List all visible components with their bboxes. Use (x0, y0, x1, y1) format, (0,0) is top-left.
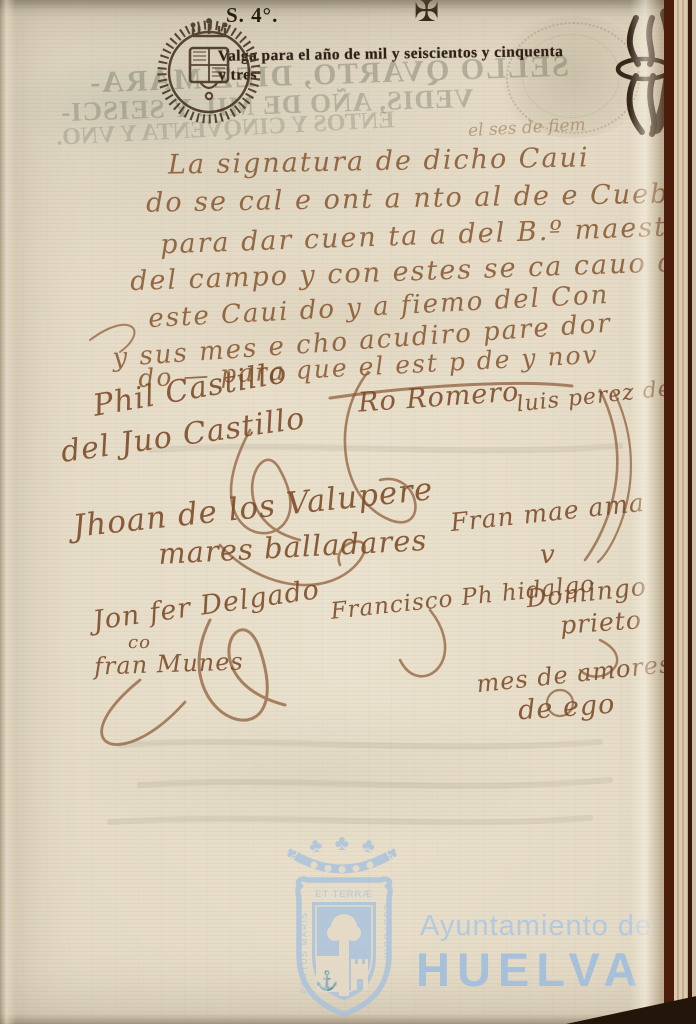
trefoil-icon: ♣ (307, 834, 324, 858)
page-left-edge (0, 0, 16, 1024)
tower-door (357, 979, 363, 990)
signature-munes: fran Munes (94, 647, 245, 680)
signature-rubric: v (540, 540, 556, 570)
watermark-org-name-main: HUELVA (416, 942, 644, 997)
trefoil-icon: ♣ (360, 834, 377, 858)
anchor-icon: ⚓ (315, 969, 339, 992)
manuscript-page: SELLO QVARTO, DIEZ MARA- VEDIS, AÑO DE M… (0, 0, 696, 1024)
page-block-edge (674, 0, 688, 1024)
watermark-org-name: Ayuntamiento de (420, 910, 652, 943)
page-fold-highlight (630, 0, 664, 1024)
trefoil-icon: ♣ (335, 830, 349, 855)
huelva-shield-watermark-icon: ♣ ♣ ♣ ♣ ♣ ET TERRÆ PORTUS MARIS CUSTODIA… (278, 824, 410, 1022)
shield-motto-left: PORTUS MARIS (299, 911, 309, 994)
page-top-edge (0, 0, 696, 18)
outer-page-edge (692, 0, 696, 1024)
shield-motto-right: CUSTODIA (382, 904, 392, 960)
shield-motto-top: ET TERRÆ (315, 889, 373, 900)
binding-seam (664, 0, 674, 1024)
